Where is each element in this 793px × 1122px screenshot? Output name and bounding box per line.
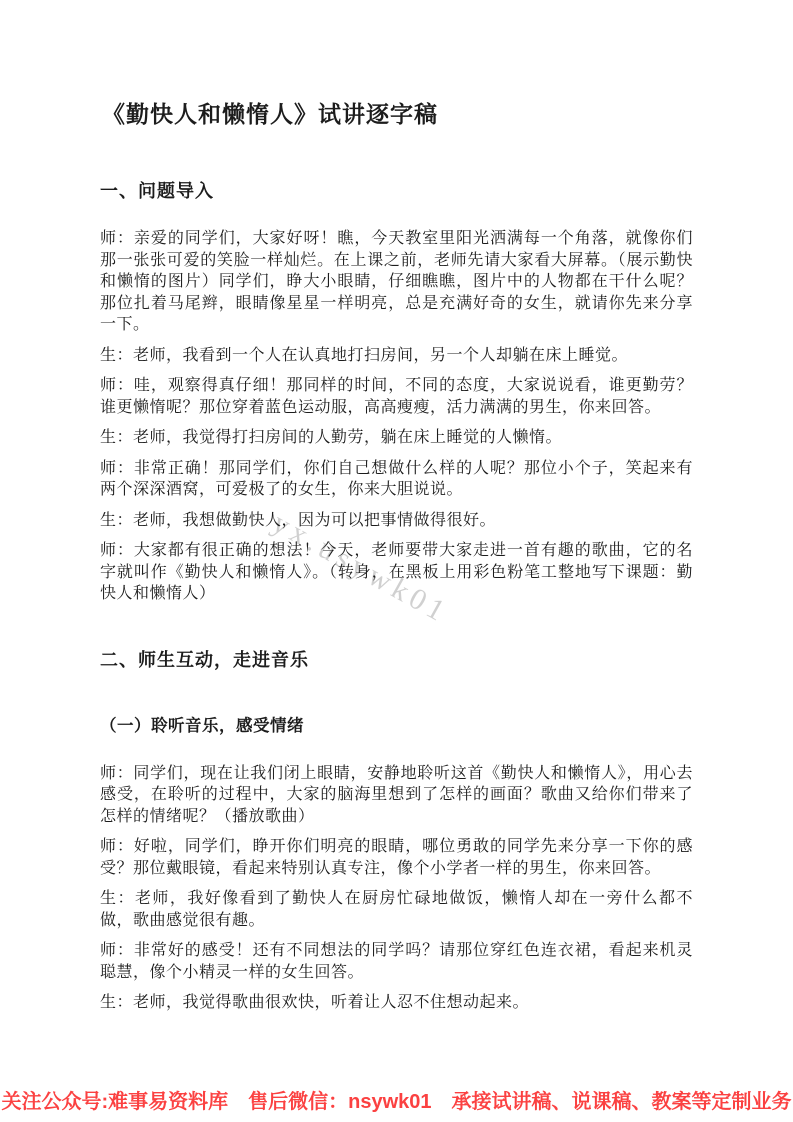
dialogue-paragraph: 师：亲爱的同学们，大家好呀！瞧，今天教室里阳光洒满每一个角落，就像你们那一张张可… bbox=[100, 228, 693, 336]
dialogue-paragraph: 师：大家都有很正确的想法！今天，老师要带大家走进一首有趣的歌曲，它的名字就叫作《… bbox=[100, 540, 693, 605]
footer-text: 关注公众号:难事易资料库 售后微信：nsywk01 承接试讲稿、说课稿、教案等定… bbox=[1, 1091, 791, 1113]
dialogue-paragraph: 师：非常正确！那同学们，你们自己想做什么样的人呢？那位小个子，笑起来有两个深深酒… bbox=[100, 458, 693, 501]
dialogue-paragraph: 师：同学们，现在让我们闭上眼睛，安静地聆听这首《勤快人和懒惰人》，用心去感受，在… bbox=[100, 763, 693, 828]
sub-heading-1: （一）聆听音乐，感受情绪 bbox=[100, 715, 693, 737]
dialogue-paragraph: 生：老师，我想做勤快人，因为可以把事情做得很好。 bbox=[100, 510, 693, 532]
dialogue-paragraph: 生：老师，我看到一个人在认真地打扫房间，另一个人却躺在床上睡觉。 bbox=[100, 345, 693, 367]
dialogue-paragraph: 生：老师，我觉得歌曲很欢快，听着让人忍不住想动起来。 bbox=[100, 992, 693, 1014]
document-content: 《勤快人和懒惰人》试讲逐字稿 一、问题导入 师：亲爱的同学们，大家好呀！瞧，今天… bbox=[100, 0, 693, 1014]
dialogue-paragraph: 生：老师，我觉得打扫房间的人勤劳，躺在床上睡觉的人懒惰。 bbox=[100, 427, 693, 449]
dialogue-paragraph: 师：非常好的感受！还有不同想法的同学吗？请那位穿红色连衣裙，看起来机灵聪慧，像个… bbox=[100, 940, 693, 983]
section-heading-2: 二、师生互动，走进音乐 bbox=[100, 649, 693, 671]
document-page: yx.usywk01 《勤快人和懒惰人》试讲逐字稿 一、问题导入 师：亲爱的同学… bbox=[0, 0, 793, 1122]
dialogue-paragraph: 师：哇，观察得真仔细！那同样的时间，不同的态度，大家说说看，谁更勤劳？谁更懒惰呢… bbox=[100, 375, 693, 418]
footer-banner: 关注公众号:难事易资料库 售后微信：nsywk01 承接试讲稿、说课稿、教案等定… bbox=[0, 1090, 793, 1114]
dialogue-paragraph: 师：好啦，同学们，睁开你们明亮的眼睛，哪位勇敢的同学先来分享一下你的感受？那位戴… bbox=[100, 836, 693, 879]
section-heading-1: 一、问题导入 bbox=[100, 180, 693, 202]
doc-title: 《勤快人和懒惰人》试讲逐字稿 bbox=[102, 100, 693, 130]
dialogue-paragraph: 生：老师，我好像看到了勤快人在厨房忙碌地做饭，懒惰人却在一旁什么都不做，歌曲感觉… bbox=[100, 888, 693, 931]
